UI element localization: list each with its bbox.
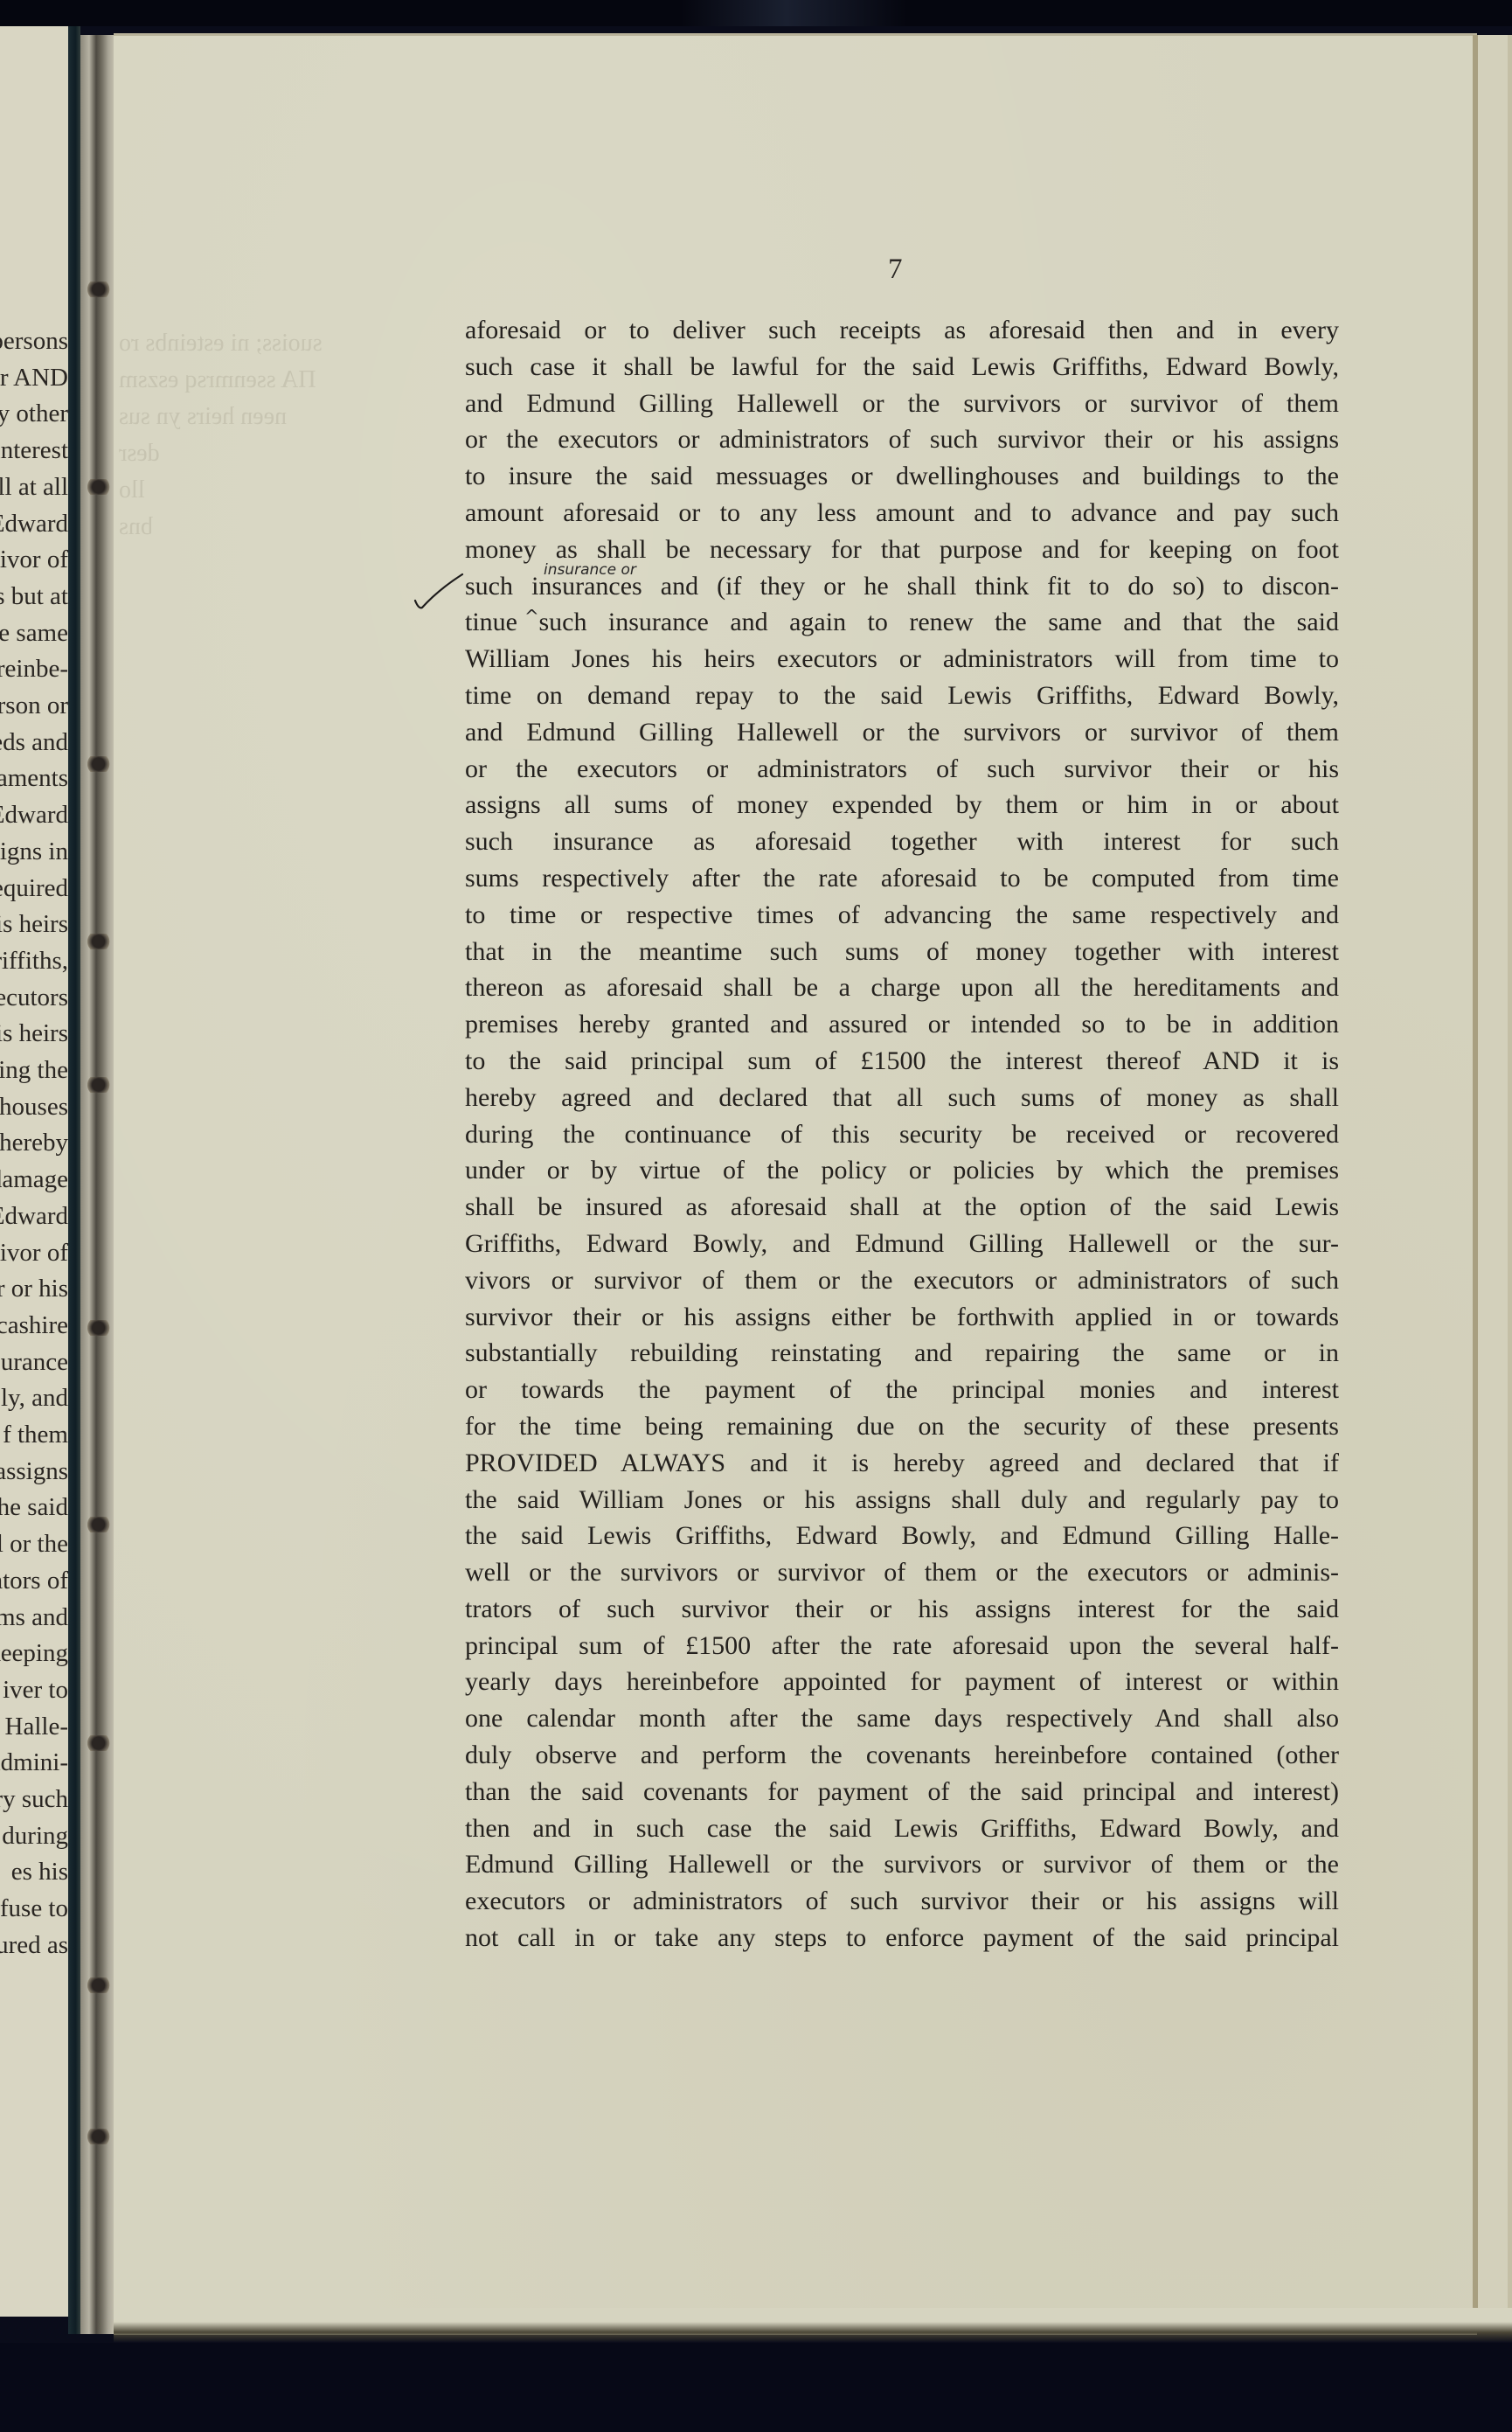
previous-page-fragment: vivor of bbox=[0, 1239, 68, 1268]
text-line: or towards the payment of the principal … bbox=[465, 1372, 1339, 1408]
text-line: well or the survivors or survivor of the… bbox=[465, 1554, 1339, 1591]
book-spine bbox=[68, 26, 80, 2334]
previous-page-fragment: ms and bbox=[0, 1603, 68, 1632]
stitch-knot-icon bbox=[87, 1320, 112, 1336]
scan-backdrop-bottom bbox=[0, 2343, 1512, 2432]
stitch-knot-icon bbox=[87, 934, 112, 949]
previous-page-fragment: er AND bbox=[0, 364, 68, 393]
text-line: not call in or take any steps to enforce… bbox=[465, 1920, 1339, 1956]
text-line: time on demand repay to the said Lewis G… bbox=[465, 677, 1339, 714]
previous-page-fragment: required bbox=[0, 874, 68, 903]
stitch-knot-icon bbox=[87, 2129, 112, 2144]
previous-page-fragment: ssigns in bbox=[0, 837, 68, 866]
text-line: money as shall be necessary for that pur… bbox=[465, 532, 1339, 568]
previous-page-edge: r personser ANDery otherinterestwill at … bbox=[0, 26, 68, 2317]
stitch-knot-icon bbox=[87, 1517, 112, 1532]
text-line: amount aforesaid or to any less amount a… bbox=[465, 495, 1339, 532]
text-line: such case it shall be lawful for the sai… bbox=[465, 349, 1339, 386]
previous-page-fragment: rators of bbox=[0, 1567, 68, 1595]
text-line: Edmund Gilling Hallewell or the survivor… bbox=[465, 1846, 1339, 1883]
text-line: executors or administrators of such surv… bbox=[465, 1883, 1339, 1920]
previous-page-fragment: the said bbox=[0, 1493, 68, 1522]
text-line: William Jones his heirs executors or adm… bbox=[465, 641, 1339, 677]
text-line: Griffiths, Edward Bowly, and Edmund Gill… bbox=[465, 1226, 1339, 1262]
previous-page-fragment: Griffiths, bbox=[0, 947, 68, 976]
previous-page-fragment: damage bbox=[0, 1165, 68, 1194]
text-line: the said Lewis Griffiths, Edward Bowly, … bbox=[465, 1518, 1339, 1554]
text-line: duly observe and perform the covenants h… bbox=[465, 1737, 1339, 1774]
text-line: the said William Jones or his assigns sh… bbox=[465, 1482, 1339, 1518]
previous-page-fragment: itaments bbox=[0, 764, 68, 793]
previous-page-fragment: r or his bbox=[0, 1275, 68, 1303]
text-line: PROVIDED ALWAYS and it is hereby agreed … bbox=[465, 1445, 1339, 1482]
stitch-knot-icon bbox=[87, 1977, 112, 1993]
torn-page-edge bbox=[114, 2308, 1512, 2343]
previous-page-fragment: ncashire bbox=[0, 1311, 68, 1340]
previous-page-fragment: he same bbox=[0, 619, 68, 648]
previous-page-fragment: s hereby bbox=[0, 1129, 68, 1157]
text-line: survivor their or his assigns either be … bbox=[465, 1299, 1339, 1336]
text-line: during the continuance of this security … bbox=[465, 1116, 1339, 1153]
page-number: 7 bbox=[888, 254, 903, 286]
previous-page-fragment: interest bbox=[0, 436, 68, 465]
text-line: that in the meantime such sums of money … bbox=[465, 934, 1339, 970]
text-line: one calendar month after the same days r… bbox=[465, 1700, 1339, 1737]
text-line: than the said covenants for payment of t… bbox=[465, 1774, 1339, 1810]
previous-page-fragment: rvivor of bbox=[0, 545, 68, 574]
text-line: under or by virtue of the policy or poli… bbox=[465, 1152, 1339, 1189]
previous-page-fragment: Halle- bbox=[5, 1713, 68, 1741]
previous-page-fragment: Edward bbox=[0, 801, 68, 830]
stitch-knot-icon bbox=[87, 1735, 112, 1751]
text-line: substantially rebuilding reinstating and… bbox=[465, 1335, 1339, 1372]
text-line: and Edmund Gilling Hallewell or the surv… bbox=[465, 714, 1339, 751]
text-line: then and in such case the said Lewis Gri… bbox=[465, 1810, 1339, 1847]
text-line: or the executors or administrators of su… bbox=[465, 751, 1339, 788]
previous-page-fragment: ery other bbox=[0, 400, 68, 428]
previous-page-fragment: admini- bbox=[0, 1748, 68, 1777]
previous-page-fragment: es his bbox=[11, 1858, 68, 1887]
text-line: premises hereby granted and assured or i… bbox=[465, 1006, 1339, 1043]
stitch-knot-icon bbox=[87, 479, 112, 495]
text-line: principal sum of £1500 after the rate af… bbox=[465, 1628, 1339, 1664]
previous-page-fragment: ring the bbox=[0, 1056, 68, 1085]
previous-page-fragment: ured as bbox=[0, 1931, 68, 1960]
text-line: shall be insured as aforesaid shall at t… bbox=[465, 1189, 1339, 1226]
previous-page-fragment: nsurance bbox=[0, 1348, 68, 1377]
previous-page-fragment: xecutors bbox=[0, 983, 68, 1012]
previous-page-fragment: will at all bbox=[0, 473, 68, 502]
page-fore-edge bbox=[1473, 35, 1512, 2325]
stitch-knot-icon bbox=[87, 756, 112, 772]
previous-page-fragment: r persons bbox=[0, 327, 68, 356]
previous-page-fragment: his heirs bbox=[0, 1019, 68, 1048]
text-line: tinue such insurance and again to renew … bbox=[465, 604, 1339, 641]
text-line: such insurance as aforesaid together wit… bbox=[465, 823, 1339, 860]
scan-backdrop-top bbox=[0, 0, 1512, 26]
previous-page-fragment: l or the bbox=[0, 1530, 68, 1559]
text-line: for the time being remaining due on the … bbox=[465, 1408, 1339, 1445]
text-line: and Edmund Gilling Hallewell or the surv… bbox=[465, 386, 1339, 422]
text-line: trators of such survivor their or his as… bbox=[465, 1591, 1339, 1628]
previous-page-fragment: Edward bbox=[0, 510, 68, 539]
checkmark-annotation-icon bbox=[413, 573, 466, 616]
previous-page-fragment: assigns bbox=[0, 1457, 68, 1486]
previous-page-fragment: nghouses bbox=[0, 1093, 68, 1122]
stitch-knot-icon bbox=[87, 1077, 112, 1093]
previous-page-fragment: hereinbe- bbox=[0, 655, 68, 684]
previous-page-fragment: Edward bbox=[0, 1202, 68, 1231]
bleed-through-text: suoiss; ni esteinbs ro ΠA ssenmrsq eszsm… bbox=[119, 325, 451, 545]
previous-page-fragment: during bbox=[2, 1822, 68, 1851]
stitch-knot-icon bbox=[87, 281, 112, 297]
text-line: hereby agreed and declared that all such… bbox=[465, 1080, 1339, 1116]
previous-page-fragment: iver to bbox=[3, 1676, 68, 1705]
text-line: thereon as aforesaid shall be a charge u… bbox=[465, 969, 1339, 1006]
previous-page-fragment: keeping bbox=[0, 1639, 68, 1668]
previous-page-fragment: efuse to bbox=[0, 1894, 68, 1923]
previous-page-fragment: is heirs bbox=[0, 910, 68, 939]
text-line: to time or respective times of advancing… bbox=[465, 897, 1339, 934]
text-line: sums respectively after the rate aforesa… bbox=[465, 860, 1339, 897]
text-line: to the said principal sum of £1500 the i… bbox=[465, 1043, 1339, 1080]
text-line: assigns all sums of money expended by th… bbox=[465, 787, 1339, 823]
previous-page-fragment: ry such bbox=[0, 1785, 68, 1814]
previous-page-fragment: s but at bbox=[0, 582, 68, 611]
document-body: aforesaid or to deliver such receipts as… bbox=[465, 312, 1339, 1956]
text-line: such insurances and (if they or he shall… bbox=[465, 568, 1339, 605]
previous-page-fragment: erson or bbox=[0, 691, 68, 720]
text-line: yearly days hereinbefore appointed for p… bbox=[465, 1664, 1339, 1700]
previous-page-fragment: ly, and bbox=[1, 1384, 68, 1413]
previous-page-fragment: eeds and bbox=[0, 728, 68, 757]
text-line: vivors or survivor of them or the execut… bbox=[465, 1262, 1339, 1299]
text-line: aforesaid or to deliver such receipts as… bbox=[465, 312, 1339, 349]
previous-page-fragment: f them bbox=[3, 1421, 68, 1449]
text-line: or the executors or administrators of su… bbox=[465, 421, 1339, 458]
text-line: to insure the said messuages or dwelling… bbox=[465, 458, 1339, 495]
